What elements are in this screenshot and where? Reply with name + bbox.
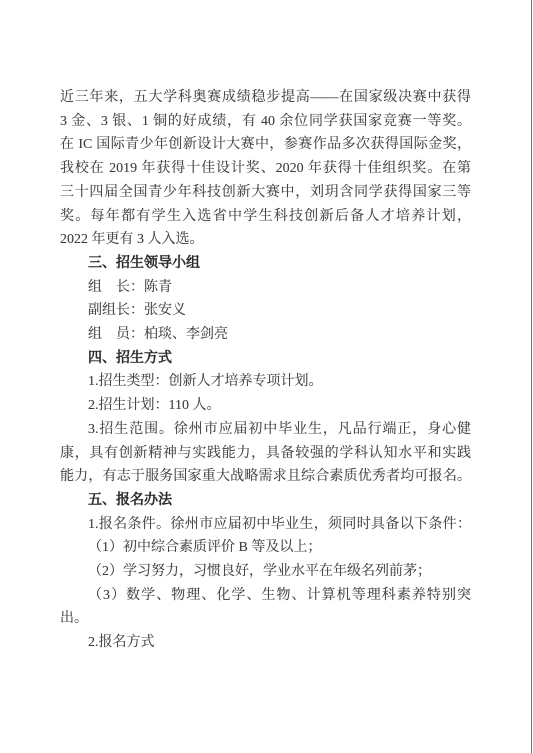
text-line: 2022 年更有 3 人入选。 <box>60 228 471 252</box>
text-line: 3 金、3 银、1 铜的好成绩，有 40 余位同学获国家竞赛一等奖。 <box>60 110 471 134</box>
text-line: 能力，有志于服务国家重大战略需求且综合素质优秀者均可报名。 <box>60 465 471 489</box>
text-line: 康，具有创新精神与实践能力，具备较强的学科认知水平和实践 <box>60 442 471 466</box>
text-line: 组 员：柏琰、李剑亮 <box>60 323 471 347</box>
text-line: 1.报名条件。徐州市应届初中毕业生，须同时具备以下条件： <box>60 513 471 537</box>
text-line: 在 IC 国际青少年创新设计大赛中，参赛作品多次获得国际金奖， <box>60 133 471 157</box>
text-line: 我校在 2019 年获得十佳设计奖、2020 年获得十佳组织奖。在第 <box>60 157 471 181</box>
text-line: 近三年来，五大学科奥赛成绩稳步提高——在国家级决赛中获得 <box>60 86 471 110</box>
text-line: 2.报名方式 <box>60 631 471 655</box>
section-heading: 五、报名办法 <box>60 489 471 513</box>
text-line: （3）数学、物理、化学、生物、计算机等理科素养特别突 <box>60 584 471 608</box>
text-column: 近三年来，五大学科奥赛成绩稳步提高——在国家级决赛中获得3 金、3 银、1 铜的… <box>60 86 471 655</box>
page-edge-line <box>531 0 533 753</box>
text-line: 3.招生范围。徐州市应届初中毕业生，凡品行端正，身心健 <box>60 418 471 442</box>
section-heading: 四、招生方式 <box>60 347 471 371</box>
text-line: 组 长：陈青 <box>60 276 471 300</box>
text-line: 出。 <box>60 607 471 631</box>
text-line: 副组长：张安义 <box>60 299 471 323</box>
section-heading: 三、招生领导小组 <box>60 252 471 276</box>
document-page: 近三年来，五大学科奥赛成绩稳步提高——在国家级决赛中获得3 金、3 银、1 铜的… <box>0 0 533 753</box>
text-line: （2）学习努力，习惯良好，学业水平在年级名列前茅； <box>60 560 471 584</box>
text-line: 2.招生计划：110 人。 <box>60 394 471 418</box>
text-line: 三十四届全国青少年科技创新大赛中，刘玥含同学获得国家三等 <box>60 181 471 205</box>
text-line: 1.招生类型：创新人才培养专项计划。 <box>60 370 471 394</box>
text-line: （1）初中综合素质评价 B 等及以上； <box>60 536 471 560</box>
text-line: 奖。每年都有学生入选省中学生科技创新后备人才培养计划， <box>60 205 471 229</box>
